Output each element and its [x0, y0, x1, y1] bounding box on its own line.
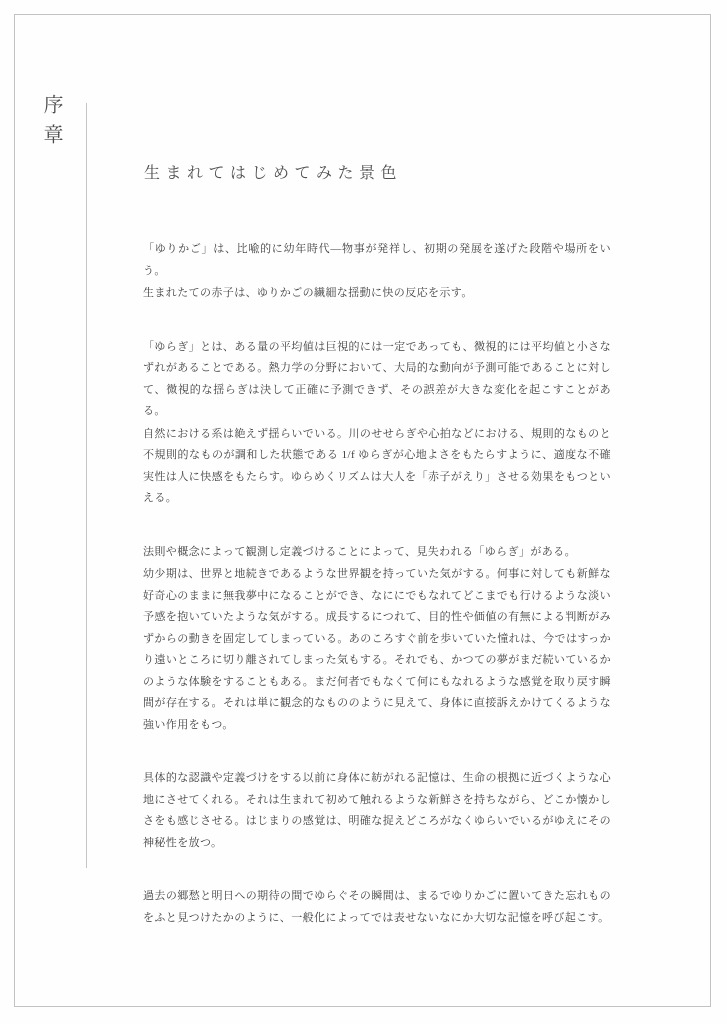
content-column: 生まれてはじめてみた景色 「ゆりかご」は、比喩的に幼年時代―物事が発祥し、初期の…	[143, 160, 611, 961]
chapter-divider-line	[86, 103, 87, 868]
chapter-label: 序章	[37, 94, 66, 154]
text-block-fluctuation: 「ゆらぎ」とは、ある量の平均値は巨視的には一定であっても、微視的には平均値と小さ…	[143, 337, 611, 510]
paragraph: 幼少期は、世界と地続きであるような世界観を持っていた気がする。何事に対しても新鮮…	[143, 564, 611, 736]
text-block-nostalgia: 過去の郷愁と明日への期待の間でゆらぐその瞬間は、まるでゆりかごに置いてきた忘れも…	[143, 886, 611, 929]
paragraph: 具体的な認識や定義づけをする以前に身体に紡がれる記憶は、生命の根拠に近づくような…	[143, 768, 611, 854]
paragraph: 生まれたての赤子は、ゆりかごの繊細な揺動に快の反応を示す。	[143, 283, 611, 305]
paragraph: 「ゆらぎ」とは、ある量の平均値は巨視的には一定であっても、微視的には平均値と小さ…	[143, 337, 611, 423]
text-block-childhood: 法則や概念によって観測し定義づけることによって、見失われる「ゆらぎ」がある。 幼…	[143, 542, 611, 737]
page-title: 生まれてはじめてみた景色	[144, 160, 611, 183]
paragraph: 過去の郷愁と明日への期待の間でゆらぐその瞬間は、まるでゆりかごに置いてきた忘れも…	[143, 886, 611, 929]
paragraph: 法則や概念によって観測し定義づけることによって、見失われる「ゆらぎ」がある。	[143, 542, 611, 564]
book-page: 序章 生まれてはじめてみた景色 「ゆりかご」は、比喩的に幼年時代―物事が発祥し、…	[0, 0, 727, 1024]
paragraph: 自然における系は絶えず揺らいでいる。川のせせらぎや心拍などにおける、規則的なもの…	[143, 424, 611, 510]
paragraph: 「ゆりかご」は、比喩的に幼年時代―物事が発祥し、初期の発展を遂げた段階や場所をい…	[143, 239, 611, 282]
text-block-memory: 具体的な認識や定義づけをする以前に身体に紡がれる記憶は、生命の根拠に近づくような…	[143, 768, 611, 854]
text-block-cradle: 「ゆりかご」は、比喩的に幼年時代―物事が発祥し、初期の発展を遂げた段階や場所をい…	[143, 239, 611, 305]
